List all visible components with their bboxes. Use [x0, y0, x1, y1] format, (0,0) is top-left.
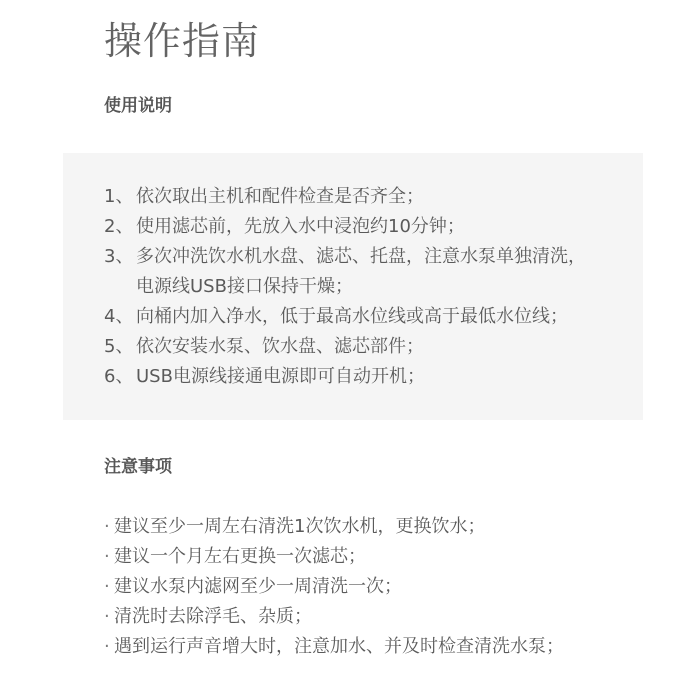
- precaution-text: 建议水泵内滤网至少一周清洗一次；: [114, 576, 402, 597]
- precaution-item: ·建议水泵内滤网至少一周清洗一次；: [104, 572, 564, 602]
- step-number: 4、: [104, 302, 136, 332]
- bullet-dot-icon: ·: [104, 632, 114, 662]
- usage-step-3-continued: 电源线USB接口保持干燥；: [104, 272, 586, 302]
- usage-instructions-heading: 使用说明: [104, 95, 172, 117]
- usage-step-6: 6、USB电源线接通电源即可自动开机；: [104, 362, 586, 392]
- bullet-dot-icon: ·: [104, 602, 114, 632]
- usage-step-5: 5、依次安装水泵、饮水盘、滤芯部件；: [104, 332, 586, 362]
- precaution-text: 清洗时去除浮毛、杂质；: [114, 606, 312, 627]
- precaution-text: 遇到运行声音增大时，注意加水、并及时检查清洗水泵；: [114, 636, 564, 657]
- precautions-heading: 注意事项: [104, 456, 172, 478]
- bullet-dot-icon: ·: [104, 572, 114, 602]
- step-text: 电源线USB接口保持干燥；: [136, 276, 353, 297]
- step-text: 多次冲洗饮水机水盘、滤芯、托盘，注意水泵单独清洗，: [136, 246, 586, 267]
- usage-step-4: 4、向桶内加入净水，低于最高水位线或高于最低水位线；: [104, 302, 586, 332]
- bullet-dot-icon: ·: [104, 542, 114, 572]
- step-text: 使用滤芯前，先放入水中浸泡约10分钟；: [136, 216, 465, 237]
- step-text: 依次取出主机和配件检查是否齐全；: [136, 186, 424, 207]
- page-title: 操作指南: [104, 18, 260, 64]
- step-text: USB电源线接通电源即可自动开机；: [136, 366, 425, 387]
- step-number: 5、: [104, 332, 136, 362]
- bullet-dot-icon: ·: [104, 512, 114, 542]
- usage-step-2: 2、使用滤芯前，先放入水中浸泡约10分钟；: [104, 212, 586, 242]
- precautions-list: ·建议至少一周左右清洗1次饮水机，更换饮水； ·建议一个月左右更换一次滤芯； ·…: [104, 512, 564, 662]
- usage-instructions-list: 1、依次取出主机和配件检查是否齐全； 2、使用滤芯前，先放入水中浸泡约10分钟；…: [104, 182, 586, 392]
- step-number: 3、: [104, 242, 136, 272]
- usage-step-3: 3、多次冲洗饮水机水盘、滤芯、托盘，注意水泵单独清洗，: [104, 242, 586, 272]
- precaution-item: ·清洗时去除浮毛、杂质；: [104, 602, 564, 632]
- precaution-text: 建议至少一周左右清洗1次饮水机，更换饮水；: [114, 516, 485, 537]
- precaution-item: ·建议至少一周左右清洗1次饮水机，更换饮水；: [104, 512, 564, 542]
- precaution-item: ·建议一个月左右更换一次滤芯；: [104, 542, 564, 572]
- step-number: 1、: [104, 182, 136, 212]
- step-text: 向桶内加入净水，低于最高水位线或高于最低水位线；: [136, 306, 568, 327]
- step-text: 依次安装水泵、饮水盘、滤芯部件；: [136, 336, 424, 357]
- step-number: 2、: [104, 212, 136, 242]
- usage-step-1: 1、依次取出主机和配件检查是否齐全；: [104, 182, 586, 212]
- step-number: 6、: [104, 362, 136, 392]
- precaution-item: ·遇到运行声音增大时，注意加水、并及时检查清洗水泵；: [104, 632, 564, 662]
- precaution-text: 建议一个月左右更换一次滤芯；: [114, 546, 366, 567]
